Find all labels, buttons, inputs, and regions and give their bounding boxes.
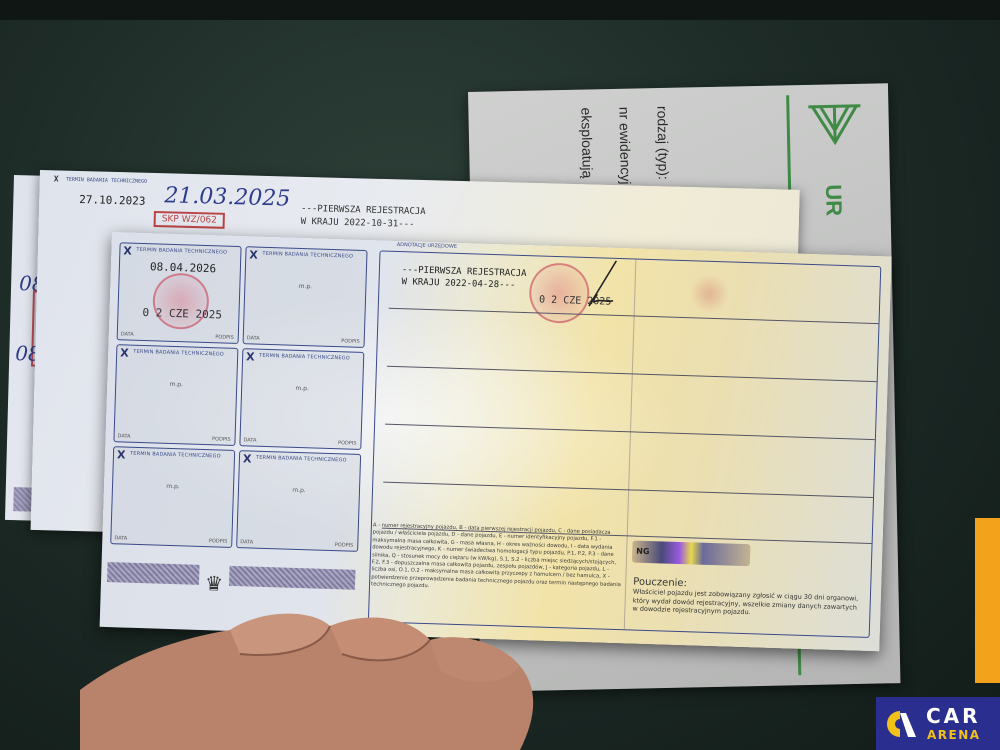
orange-object-edge: [975, 518, 1000, 683]
signature-label: PODPIS: [341, 338, 360, 345]
car-arena-watermark: CAR ARENA: [876, 697, 1000, 750]
hologram-text: NG: [636, 547, 650, 556]
back-box-mark: X: [54, 174, 59, 183]
watermark-line-2: ARENA: [927, 728, 981, 742]
box-header: TERMIN BADANIA TECHNICZNEGO: [133, 349, 224, 358]
stamp-date: 0 2 CZE 2025: [142, 306, 222, 321]
hand: [80, 580, 550, 750]
grey-card-label-number: nr ewidencyj: [616, 107, 634, 185]
back-inspection-date: 27.10.2023: [79, 193, 146, 208]
box-mark: X: [243, 452, 252, 465]
official-stamp: [152, 272, 210, 330]
grey-card-partial-text: UR: [820, 184, 847, 216]
box-header: TERMIN BADANIA TECHNICZNEGO: [259, 353, 350, 362]
box-mark: X: [117, 448, 126, 461]
inspection-box-3: X TERMIN BADANIA TECHNICZNEGO m.p. DATA …: [113, 344, 238, 446]
back-box-header: TERMIN BADANIA TECHNICZNEGO: [66, 177, 147, 185]
box-header: TERMIN BADANIA TECHNICZNEGO: [136, 247, 227, 256]
registration-line-2: W KRAJU 2022-04-28---: [401, 276, 526, 292]
tdt-logo-icon: [804, 102, 865, 149]
date-label: DATA: [247, 335, 260, 341]
date-label: DATA: [114, 535, 127, 541]
hologram-security-label: NG: [632, 541, 751, 567]
back-first-registration: ---PIERWSZA REJESTRACJA W KRAJU 2022-10-…: [301, 203, 426, 232]
seal-label: m.p.: [292, 487, 306, 494]
signature-label: PODPIS: [215, 334, 234, 341]
signature-mark-icon: [579, 258, 621, 315]
first-registration: ---PIERWSZA REJESTRACJA W KRAJU 2022-04-…: [401, 264, 526, 292]
inspection-box-2: X TERMIN BADANIA TECHNICZNEGO m.p. DATA …: [243, 246, 368, 348]
box-mark: X: [246, 350, 255, 363]
signature-label: PODPIS: [335, 542, 354, 549]
date-label: DATA: [117, 433, 130, 439]
box-header: TERMIN BADANIA TECHNICZNEGO: [256, 455, 347, 464]
box-mark: X: [120, 346, 129, 359]
watermark-line-1: CAR: [926, 704, 981, 728]
faded-stamp: [689, 273, 730, 314]
grey-card-label-type: rodzaj (typ):: [654, 106, 672, 180]
seal-label: m.p.: [299, 283, 313, 290]
signature-label: PODPIS: [212, 436, 231, 443]
box-header: TERMIN BADANIA TECHNICZNEGO: [262, 251, 353, 260]
date-label: DATA: [240, 539, 253, 545]
inspection-box-1: X TERMIN BADANIA TECHNICZNEGO 08.04.2026…: [117, 242, 242, 344]
inspection-box-4: X TERMIN BADANIA TECHNICZNEGO m.p. DATA …: [239, 348, 364, 450]
seal-label: m.p.: [169, 381, 183, 388]
inspection-box-6: X TERMIN BADANIA TECHNICZNEGO m.p. DATA …: [236, 450, 361, 552]
inspection-box-5: X TERMIN BADANIA TECHNICZNEGO m.p. DATA …: [110, 446, 235, 548]
back-skp-stamp: SKP WZ/062: [154, 211, 226, 229]
date-label: DATA: [121, 331, 134, 337]
signature-label: PODPIS: [338, 440, 357, 447]
background-top-edge: [0, 0, 1000, 20]
seal-label: m.p.: [295, 385, 309, 392]
date-label: DATA: [243, 437, 256, 443]
annotations-header: ADNOTACJE URZĘDOWE: [397, 242, 457, 250]
box-mark: X: [249, 248, 258, 261]
back-registration-line-2: W KRAJU 2022-10-31---: [301, 216, 426, 232]
box-mark: X: [123, 244, 132, 257]
car-arena-logo-icon: [886, 709, 916, 739]
back-handwritten-date: 21.03.2025: [164, 183, 291, 211]
signature-label: PODPIS: [209, 538, 228, 545]
grey-card-label-operator: eksploatują: [578, 107, 595, 178]
box-header: TERMIN BADANIA TECHNICZNEGO: [130, 451, 221, 460]
seal-label: m.p.: [166, 483, 180, 490]
notice: Pouczenie: Właściciel pojazdu jest zobow…: [632, 577, 863, 621]
